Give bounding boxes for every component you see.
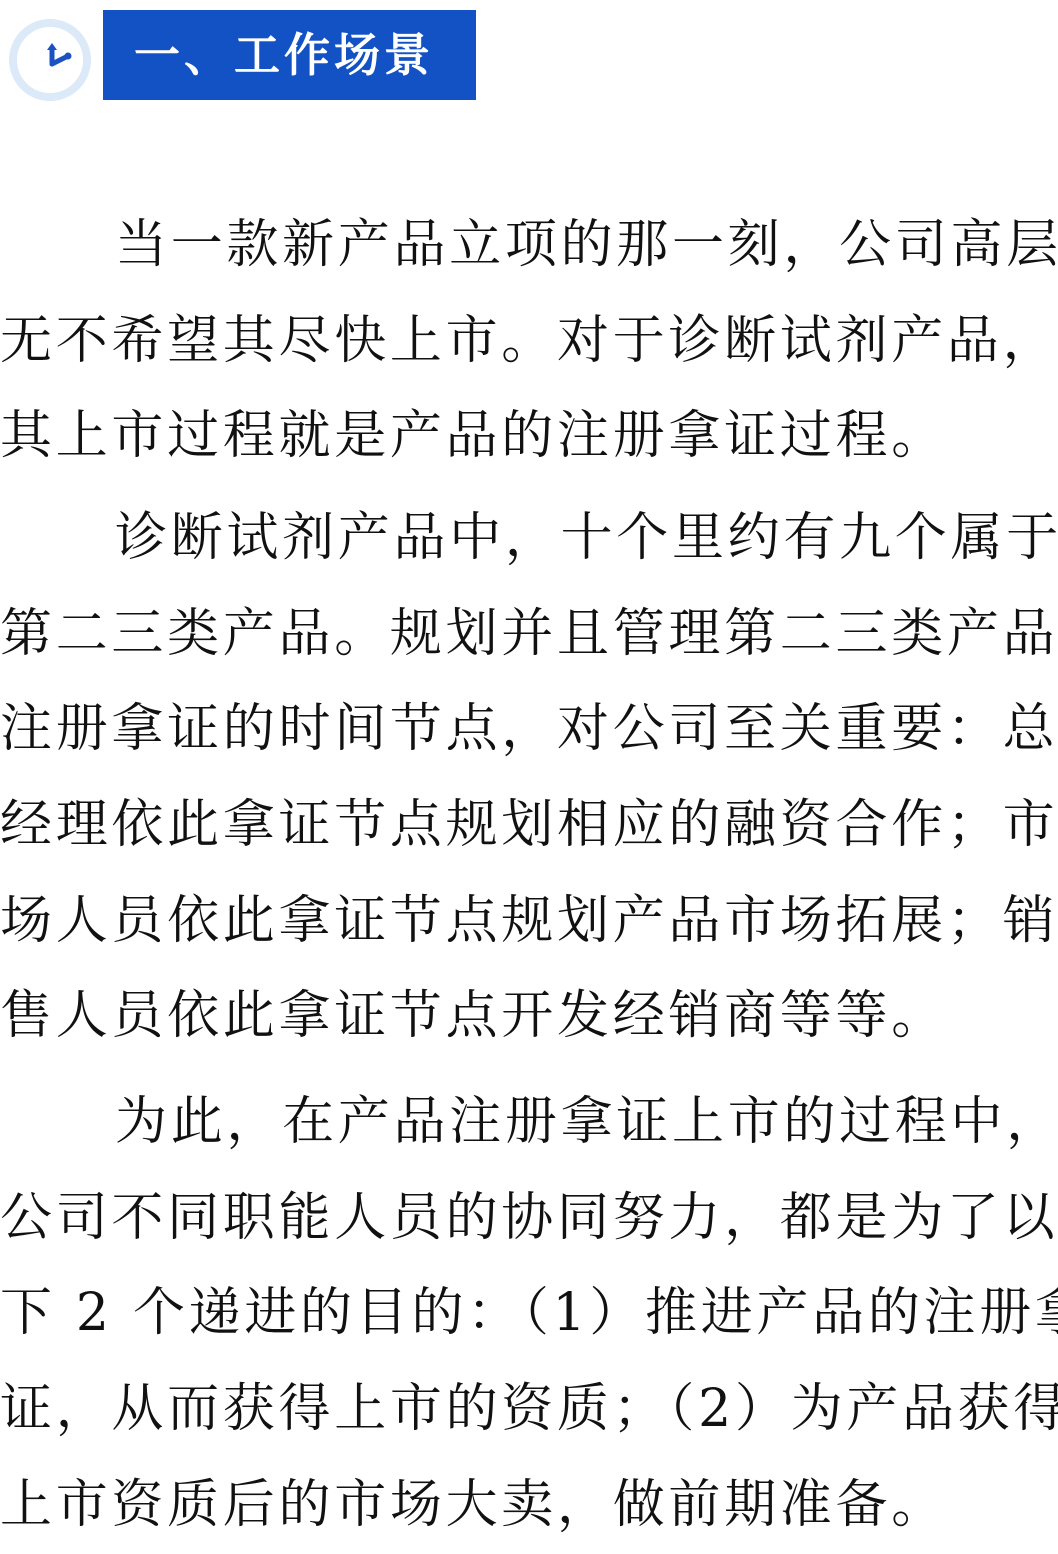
text-line: 第二三类产品。规划并且管理第二三类产品 (0, 587, 1058, 683)
text-line: 下 2 个递进的目的：（1）推进产品的注册拿 (0, 1266, 1058, 1362)
paragraph-1: 当一款新产品立项的那一刻，公司高层 无不希望其尽快上市。对于诊断试剂产品， 其上… (0, 198, 1058, 485)
paragraph-2: 诊断试剂产品中，十个里约有九个属于 第二三类产品。规划并且管理第二三类产品 注册… (0, 491, 1058, 1065)
text-line: 证，从而获得上市的资质；（2）为产品获得 (0, 1362, 1058, 1458)
text-line: 为此，在产品注册拿证上市的过程中， (0, 1075, 1058, 1171)
text-line: 当一款新产品立项的那一刻，公司高层 (0, 198, 1058, 294)
section-title-banner: 一、工作场景 (103, 10, 476, 100)
text-line: 其上市过程就是产品的注册拿证过程。 (0, 389, 1058, 485)
text-line: 诊断试剂产品中，十个里约有九个属于 (0, 491, 1058, 587)
text-line: 经理依此拿证节点规划相应的融资合作；市 (0, 778, 1058, 874)
text-line: 场人员依此拿证节点规划产品市场拓展；销 (0, 874, 1058, 970)
text-line: 注册拿证的时间节点，对公司至关重要：总 (0, 682, 1058, 778)
section-title: 一、工作场景 (134, 32, 434, 78)
text-line: 公司不同职能人员的协同努力，都是为了以 (0, 1171, 1058, 1267)
paragraph-3: 为此，在产品注册拿证上市的过程中， 公司不同职能人员的协同努力，都是为了以 下 … (0, 1075, 1058, 1553)
section-header: 一、工作场景 (0, 0, 1058, 110)
text-line: 售人员依此拿证节点开发经销商等等。 (0, 969, 1058, 1065)
clock-icon (8, 18, 92, 102)
text-line: 无不希望其尽快上市。对于诊断试剂产品， (0, 294, 1058, 390)
text-line: 上市资质后的市场大卖，做前期准备。 (0, 1458, 1058, 1554)
